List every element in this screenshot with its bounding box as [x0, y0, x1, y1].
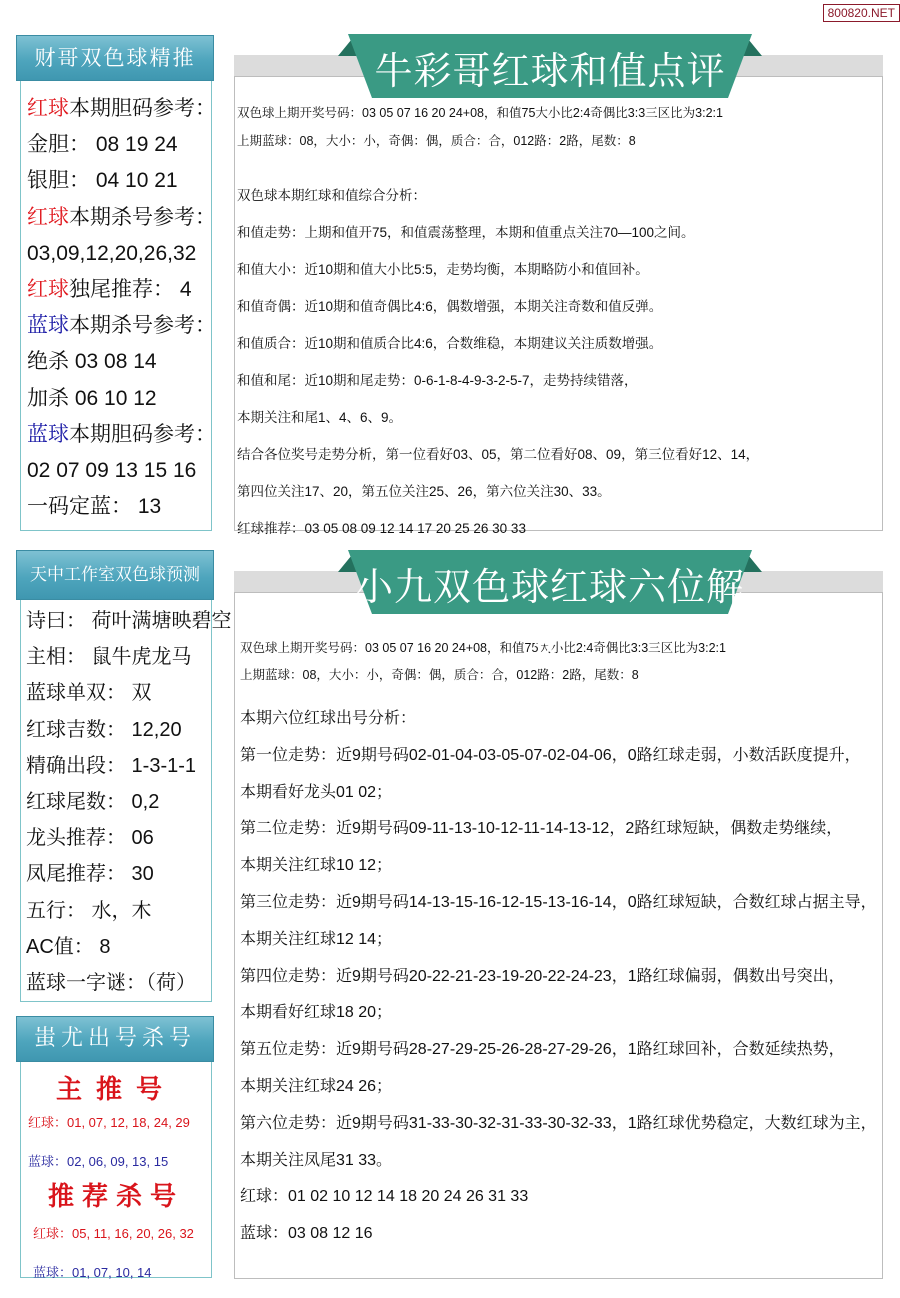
- intro-line: 上期蓝球：08，大小：小，奇偶：偶，质合：合，012路：2路，尾数：8: [237, 127, 882, 155]
- analysis-line: 第四位走势：近9期号码20-22-21-23-19-20-22-24-23，1路…: [240, 959, 882, 996]
- panel2-title: 小九双色球红球六位解析: [338, 556, 762, 666]
- row-text: 本期胆码参考：: [69, 423, 216, 446]
- main-pick-heading: 主推号: [21, 1069, 211, 1106]
- kill-blue-balls: 蓝球：01, 07, 10, 14: [33, 1262, 211, 1281]
- blue-ball-label: 蓝球: [27, 423, 69, 446]
- list-item: 红球本期杀号参考：: [27, 200, 211, 236]
- red-ball-label: 红球: [27, 97, 69, 120]
- analysis-line: 本期关注和尾1、4、6、9。: [237, 399, 882, 436]
- tianzhong-prediction-box: 诗曰： 荷叶满塘映碧空 主相： 鼠牛虎龙马 蓝球单双： 双 红球吉数： 12,2…: [20, 598, 212, 1002]
- main-blue-balls: 蓝球：02, 06, 09, 13, 15: [28, 1151, 211, 1170]
- list-item: 凤尾推荐： 30: [26, 856, 211, 892]
- list-item: 银胆： 04 10 21: [27, 163, 211, 199]
- tianzhong-box-title: 天中工作室双色球预测: [16, 550, 214, 600]
- sum-value-analysis-panel: 双色球上期开奖号码：03 05 07 16 20 24+08，和值75大小比2:…: [234, 76, 883, 531]
- row-text: 独尾推荐： 4: [69, 278, 192, 301]
- chiyou-prediction-box: 主推号 红球：01, 07, 12, 18, 24, 29 蓝球：02, 06,…: [20, 1060, 212, 1278]
- list-item: 03,09,12,20,26,32: [27, 236, 211, 272]
- site-watermark: 800820.NET: [823, 4, 900, 22]
- analysis-line: 本期看好龙头01 02；: [240, 775, 882, 812]
- analysis-line: 第三位走势：近9期号码14-13-15-16-12-15-13-16-14，0路…: [240, 885, 882, 922]
- analysis-line: 结合各位奖号走势分析，第一位看好03、05，第二位看好08、09，第三位看好12…: [237, 436, 882, 473]
- list-item: 红球尾数： 0,2: [26, 784, 211, 820]
- analysis-line: 第五位走势：近9期号码28-27-29-25-26-28-27-29-26，1路…: [240, 1032, 882, 1069]
- analysis-line: 和值大小：近10期和值大小比5:5，走势均衡，本期略防小和值回补。: [237, 251, 882, 288]
- main-red-balls: 红球：01, 07, 12, 18, 24, 29: [28, 1112, 211, 1131]
- analysis-line: 第四位关注17、20，第五位关注25、26，第六位关注30、33。: [237, 473, 882, 510]
- list-item: 加杀 06 10 12: [27, 381, 211, 417]
- intro-line: 双色球上期开奖号码：03 05 07 16 20 24+08，和值75大小比2:…: [237, 99, 882, 127]
- analysis-line: 和值走势：上期和值开75，和值震荡整理，本期和值重点关注70—100之间。: [237, 214, 882, 251]
- caige-box-title: 财哥双色球精推: [16, 35, 214, 81]
- blue-ball-label: 蓝球: [27, 314, 69, 337]
- analysis-line: 和值质合：近10期和值质合比4:6，合数维稳，本期建议关注质数增强。: [237, 325, 882, 362]
- intro-line: 上期蓝球：08，大小：小，奇偶：偶，质合：合，012路：2路，尾数：8: [240, 662, 882, 689]
- list-item: 红球独尾推荐： 4: [27, 272, 211, 308]
- caige-prediction-box: 红球本期胆码参考： 金胆： 08 19 24 银胆： 04 10 21 红球本期…: [20, 80, 212, 531]
- analysis-line: 双色球本期红球和值综合分析：: [237, 177, 882, 214]
- red-ball-summary: 红球：01 02 10 12 14 18 20 24 26 31 33: [240, 1179, 882, 1216]
- analysis-line: 和值奇偶：近10期和值奇偶比4:6，偶数增强，本期关注奇数和值反弹。: [237, 288, 882, 325]
- kill-pick-heading: 推荐杀号: [21, 1176, 211, 1213]
- kill-red-balls: 红球：05, 11, 16, 20, 26, 32: [33, 1223, 211, 1242]
- red-ball-recommendation: 红球推荐：03 05 08 09 12 14 17 20 25 26 30 33: [237, 510, 882, 547]
- panel1-title-banner: 牛彩哥红球和值点评: [338, 34, 762, 98]
- analysis-line: 和值和尾：近10期和尾走势：0-6-1-8-4-9-3-2-5-7，走势持续错落…: [237, 362, 882, 399]
- analysis-line: 本期看好红球18 20；: [240, 995, 882, 1032]
- analysis-line: 本期关注红球10 12；: [240, 848, 882, 885]
- list-item: 蓝球单双： 双: [26, 675, 211, 711]
- list-item: 龙头推荐： 06: [26, 820, 211, 856]
- list-item: 诗曰： 荷叶满塘映碧空: [26, 603, 211, 639]
- list-item: 主相： 鼠牛虎龙马: [26, 639, 211, 675]
- list-item: 五行： 水，木: [26, 893, 211, 929]
- analysis-line: 本期关注红球12 14；: [240, 922, 882, 959]
- six-position-analysis-panel: 双色球上期开奖号码：03 05 07 16 20 24+08，和值75大小比2:…: [234, 592, 883, 1279]
- analysis-line: 本期关注凤尾31 33。: [240, 1143, 882, 1180]
- list-item: 绝杀 03 08 14: [27, 344, 211, 380]
- list-item: 金胆： 08 19 24: [27, 127, 211, 163]
- row-text: 本期杀号参考：: [69, 314, 216, 337]
- row-text: 本期杀号参考：: [69, 206, 216, 229]
- panel2-title-banner: 小九双色球红球六位解析: [338, 550, 762, 614]
- panel1-title: 牛彩哥红球和值点评: [338, 40, 762, 95]
- list-item: 蓝球本期胆码参考：: [27, 417, 211, 453]
- list-item: 精确出段： 1-3-1-1: [26, 748, 211, 784]
- list-item: 蓝球本期杀号参考：: [27, 308, 211, 344]
- list-item: 红球本期胆码参考：: [27, 91, 211, 127]
- analysis-line: 第一位走势：近9期号码02-01-04-03-05-07-02-04-06，0路…: [240, 738, 882, 775]
- red-ball-label: 红球: [27, 278, 69, 301]
- analysis-line: 本期六位红球出号分析：: [240, 701, 882, 738]
- list-item: 红球吉数： 12,20: [26, 712, 211, 748]
- analysis-line: 第二位走势：近9期号码09-11-13-10-12-11-14-13-12，2路…: [240, 811, 882, 848]
- list-item: AC值： 8: [26, 929, 211, 965]
- list-item: 蓝球一字谜：（荷）: [26, 965, 211, 1001]
- analysis-line: 第六位走势：近9期号码31-33-30-32-31-33-30-32-33，1路…: [240, 1106, 882, 1143]
- blue-ball-summary: 蓝球：03 08 12 16: [240, 1216, 882, 1253]
- analysis-line: 本期关注红球24 26；: [240, 1069, 882, 1106]
- red-ball-label: 红球: [27, 206, 69, 229]
- list-item: 02 07 09 13 15 16: [27, 453, 211, 489]
- row-text: 本期胆码参考：: [69, 97, 216, 120]
- chiyou-box-title: 蚩尤出号杀号: [16, 1016, 214, 1062]
- list-item: 一码定蓝： 13: [27, 489, 211, 525]
